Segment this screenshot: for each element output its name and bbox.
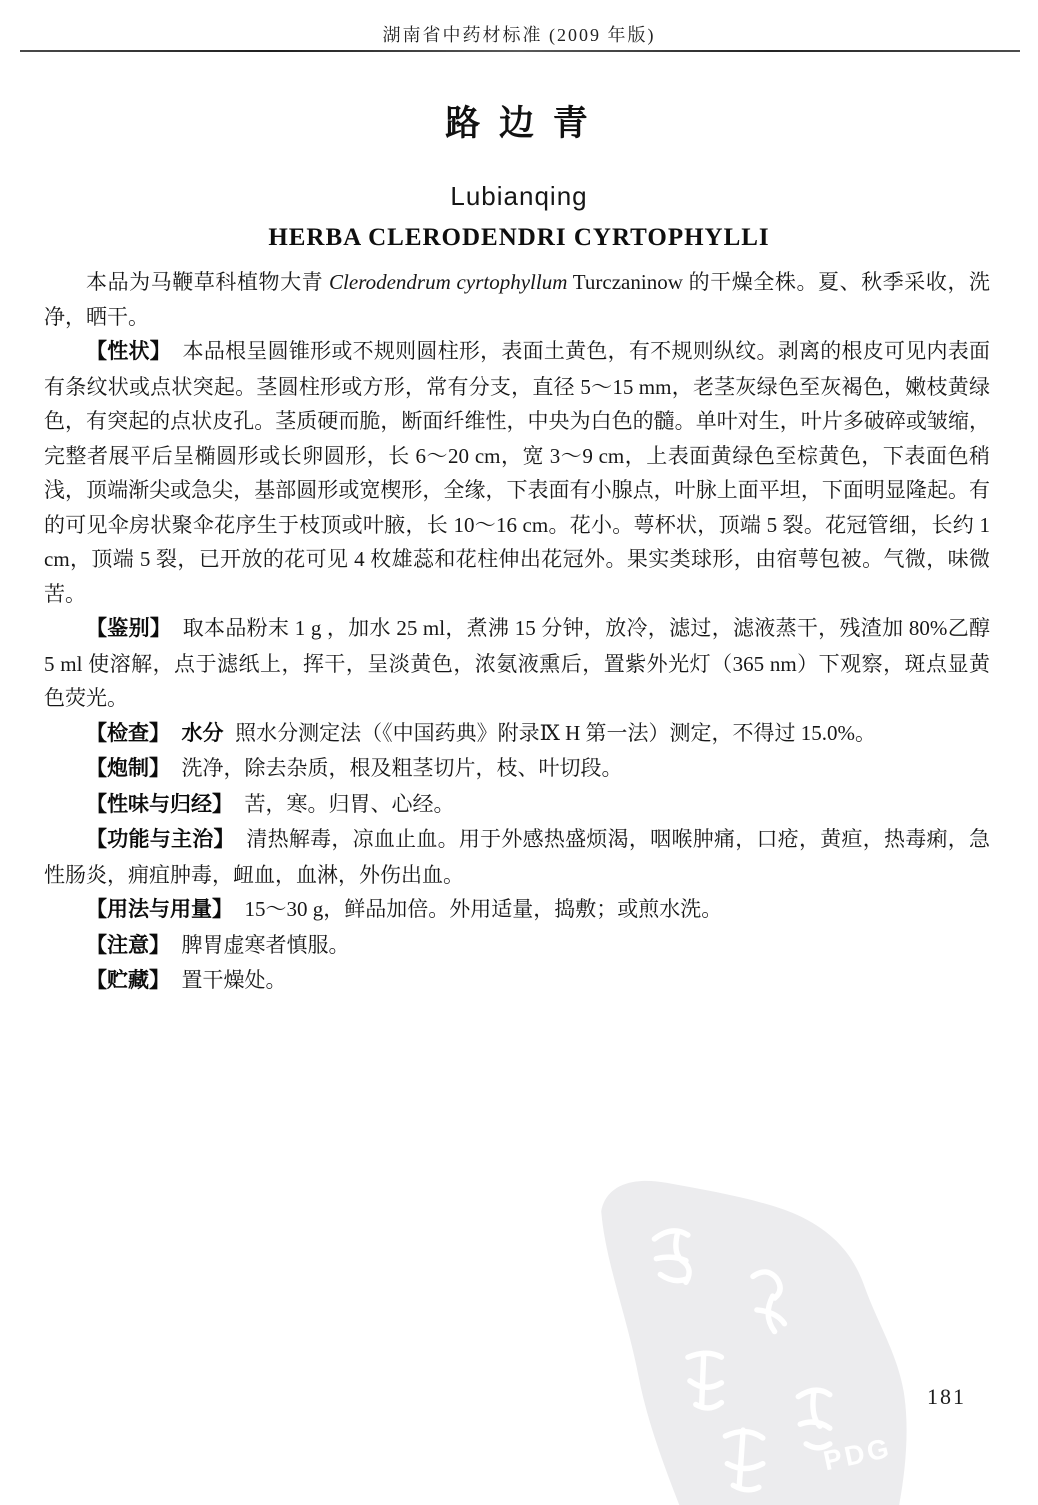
section-text: 脾胃虚寒者慎服。 [182, 933, 350, 957]
section-label: 【鉴别】 [86, 617, 171, 640]
section-paragraph: 【检查】水分照水分测定法（《中国药典》附录Ⅸ H 第一法）测定，不得过 15.0… [44, 716, 990, 752]
section-text: 取本品粉末 1 g ，加水 25 ml，煮沸 15 分钟，放冷，滤过，滤液蒸干，… [44, 616, 990, 710]
section-text: 洗净，除去杂质，根及粗茎切片，枝、叶切段。 [182, 756, 623, 780]
seal-watermark: PDG [575, 1170, 925, 1505]
section-label: 【贮藏】 [86, 969, 170, 992]
intro-binomial: Clerodendrum cyrtophyllum [329, 270, 567, 294]
header-rule [20, 50, 1020, 52]
section-label: 【注意】 [86, 934, 170, 957]
section-paragraph: 【用法与用量】15～30 g，鲜品加倍。外用适量，捣敷；或煎水洗。 [44, 892, 990, 928]
page-number: 181 [927, 1384, 966, 1410]
section-paragraph: 【注意】脾胃虚寒者慎服。 [44, 928, 990, 964]
section-sublabel: 水分 [182, 722, 224, 745]
monograph-pinyin: Lubianqing [0, 181, 1038, 212]
watermark-pdg-label: PDG [821, 1432, 895, 1477]
section-paragraph: 【鉴别】取本品粉末 1 g ，加水 25 ml，煮沸 15 分钟，放冷，滤过，滤… [44, 611, 990, 716]
monograph-latin-name: HERBA CLERODENDRI CYRTOPHYLLI [0, 224, 1038, 252]
section-label: 【检查】 [86, 722, 170, 745]
section-label: 【炮制】 [86, 757, 170, 780]
section-paragraph: 【性味与归经】苦，寒。归胃、心经。 [44, 787, 990, 823]
section-text: 苦，寒。归胃、心经。 [245, 792, 455, 816]
section-label: 【用法与用量】 [86, 898, 233, 921]
section-paragraph: 【功能与主治】清热解毒，凉血止血。用于外感热盛烦渴，咽喉肿痛，口疮，黄疸，热毒痢… [44, 822, 990, 892]
section-paragraph: 【性状】本品根呈圆锥形或不规则圆柱形，表面土黄色，有不规则纵纹。剥离的根皮可见内… [44, 334, 990, 611]
sections: 【性状】本品根呈圆锥形或不规则圆柱形，表面土黄色，有不规则纵纹。剥离的根皮可见内… [44, 334, 990, 999]
intro-paragraph: 本品为马鞭草科植物大青 Clerodendrum cyrtophyllum Tu… [44, 265, 990, 334]
monograph-title-cn: 路 边 青 [0, 96, 1038, 146]
section-text: 置干燥处。 [182, 968, 287, 992]
section-label: 【性状】 [86, 340, 171, 363]
running-head: 湖南省中药材标准 (2009 年版) [0, 21, 1038, 47]
section-label: 【性味与归经】 [86, 793, 233, 816]
seal-glyphs [654, 1231, 829, 1490]
document-page: 湖南省中药材标准 (2009 年版) 路 边 青 Lubianqing HERB… [0, 0, 1038, 1505]
intro-text-before: 本品为马鞭草科植物大青 [86, 270, 329, 294]
section-paragraph: 【贮藏】置干燥处。 [44, 963, 990, 999]
section-text: 照水分测定法（《中国药典》附录Ⅸ H 第一法）测定，不得过 15.0%。 [235, 721, 876, 745]
monograph-body: 本品为马鞭草科植物大青 Clerodendrum cyrtophyllum Tu… [44, 265, 990, 999]
section-text: 本品根呈圆锥形或不规则圆柱形，表面土黄色，有不规则纵纹。剥离的根皮可见内表面有条… [44, 339, 990, 606]
seal-watermark-shape [601, 1181, 906, 1505]
section-text: 15～30 g，鲜品加倍。外用适量，捣敷；或煎水洗。 [245, 897, 723, 921]
section-label: 【功能与主治】 [86, 828, 235, 851]
section-paragraph: 【炮制】洗净，除去杂质，根及粗茎切片，枝、叶切段。 [44, 751, 990, 787]
